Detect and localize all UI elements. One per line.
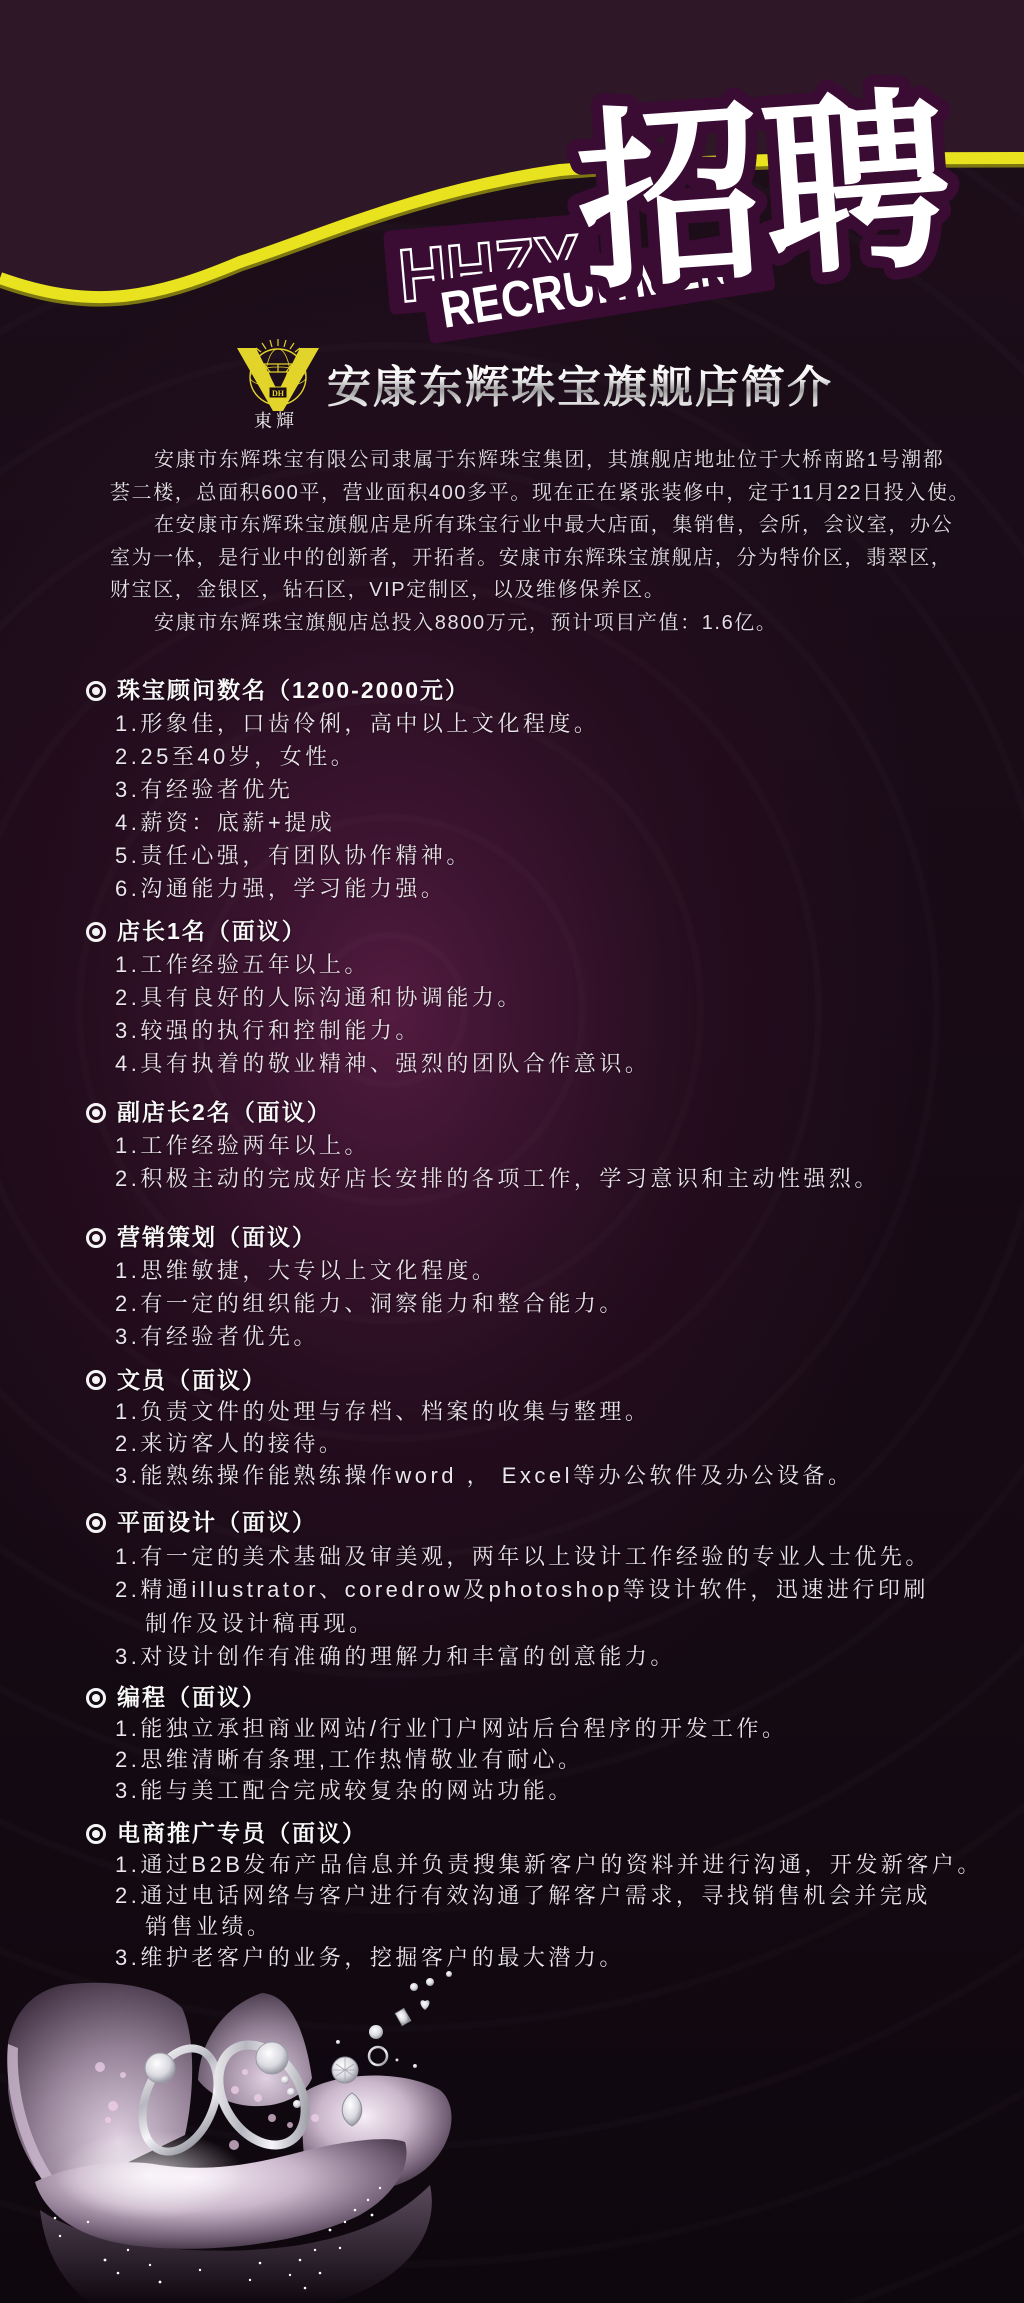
job-title: 文员（面议） xyxy=(80,1364,1000,1396)
requirement-item: 1.工作经验两年以上。 xyxy=(80,1129,1000,1162)
requirement-line-continued: 销售业绩。 xyxy=(80,1911,1000,1942)
requirement-item: 1.负责文件的处理与存档、档案的收集与整理。 xyxy=(80,1396,1000,1428)
job-title: 店长1名（面议） xyxy=(80,915,1000,948)
intro-line: 安康市东辉珠宝有限公司隶属于东辉珠宝集团，其旗舰店地址位于大桥南路1号潮都 xyxy=(110,444,1000,477)
heart-gem-icon xyxy=(420,2000,429,2010)
intro-line: 财宝区，金银区，钻石区，VIP定制区，以及维修保养区。 xyxy=(110,574,1000,607)
title-cn-block: 招聘 xyxy=(570,69,957,317)
ring-stone-icon xyxy=(256,2042,288,2074)
job-section-clerk: 文员（面议） 1.负责文件的处理与存档、档案的收集与整理。 2.来访客人的接待。… xyxy=(80,1364,1000,1492)
double-circle-icon xyxy=(86,1824,106,1844)
job-title-text: 珠宝顾问数名（1200-2000元） xyxy=(117,677,470,703)
requirement-item: 3.有经验者优先 xyxy=(80,773,1000,806)
job-title: 电商推广专员（面议） xyxy=(80,1818,1000,1849)
job-title-text: 平面设计（面议） xyxy=(117,1509,317,1535)
job-section-jewelry-consultant: 珠宝顾问数名（1200-2000元） 1.形象佳，口齿伶俐，高中以上文化程度。 … xyxy=(80,674,1000,905)
pendant-ring-icon xyxy=(369,2047,387,2065)
job-section-ecommerce-promoter: 电商推广专员（面议） 1.通过B2B发布产品信息并负责搜集新客户的资料并进行沟通… xyxy=(80,1818,1000,1973)
double-circle-icon xyxy=(86,1688,106,1708)
job-section-marketing-planner: 营销策划（面议） 1.思维敏捷，大专以上文化程度。 2.有一定的组织能力、洞察能… xyxy=(80,1221,1000,1353)
recruitment-banner: HHZY RECRUITMENT 招聘 xyxy=(0,0,1024,360)
requirement-item: 3.有经验者优先。 xyxy=(80,1320,1000,1353)
requirement-item: 1.工作经验五年以上。 xyxy=(80,948,1000,981)
requirement-item: 1.形象佳，口齿伶俐，高中以上文化程度。 xyxy=(80,707,1000,740)
job-title-text: 店长1名（面议） xyxy=(117,918,307,944)
job-title-text: 电商推广专员（面议） xyxy=(117,1820,367,1846)
v-emblem xyxy=(237,348,319,411)
job-title: 珠宝顾问数名（1200-2000元） xyxy=(80,674,1000,707)
requirement-item: 2.通过电话网络与客户进行有效沟通了解客户需求，寻找销售机会并完成 销售业绩。 xyxy=(80,1880,1000,1942)
intro-text: 安康市东辉珠宝有限公司隶属于东辉珠宝集团，其旗舰店地址位于大桥南路1号潮都 荟二… xyxy=(110,444,1000,639)
ring-stone-icon xyxy=(145,2053,175,2083)
intro-line: 在安康市东辉珠宝旗舰店是所有珠宝行业中最大店面，集销售，会所，会议室，办公 xyxy=(110,509,1000,542)
requirement-item: 4.具有执着的敬业精神、强烈的团队合作意识。 xyxy=(80,1047,1000,1080)
requirement-item: 6.沟通能力强，学习能力强。 xyxy=(80,872,1000,905)
intro-line: 荟二楼，总面积600平，营业面积400多平。现在正在紧张装修中，定于11月22日… xyxy=(110,477,1000,510)
job-section-store-manager: 店长1名（面议） 1.工作经验五年以上。 2.具有良好的人际沟通和协调能力。 3… xyxy=(80,915,1000,1080)
job-title-text: 副店长2名（面议） xyxy=(117,1099,332,1125)
job-section-deputy-manager: 副店长2名（面议） 1.工作经验两年以上。 2.积极主动的完成好店长安排的各项工… xyxy=(80,1096,1000,1195)
flower-pendant-icon xyxy=(369,2025,383,2039)
requirement-item: 1.有一定的美术基础及审美观，两年以上设计工作经验的专业人士优先。 xyxy=(80,1540,1000,1574)
intro-title: 安康东辉珠宝旗舰店简介 xyxy=(327,364,833,412)
requirement-item: 3.较强的执行和控制能力。 xyxy=(80,1014,1000,1047)
requirement-item: 1.通过B2B发布产品信息并负责搜集新客户的资料并进行沟通，开发新客户。 xyxy=(80,1849,1000,1880)
job-title: 平面设计（面议） xyxy=(80,1506,1000,1540)
emerald-cut-gem-icon xyxy=(395,2008,411,2025)
intro-line: 室为一体，是行业中的创新者，开拓者。安康市东辉珠宝旗舰店，分为特价区，翡翠区， xyxy=(110,542,1000,575)
jewelry-flower-illustration xyxy=(0,1960,520,2303)
requirement-line: 2.精通illustrator、coredrow及photoshop等设计软件，… xyxy=(80,1573,1000,1607)
requirement-item: 1.思维敏捷，大专以上文化程度。 xyxy=(80,1254,1000,1287)
requirement-item: 2.思维清晰有条理,工作热情敬业有耐心。 xyxy=(80,1744,1000,1775)
requirement-item: 1.能独立承担商业网站/行业门户网站后台程序的开发工作。 xyxy=(80,1713,1000,1744)
double-circle-icon xyxy=(86,1370,106,1390)
job-title: 副店长2名（面议） xyxy=(80,1096,1000,1129)
light-rays-icon xyxy=(256,339,300,352)
requirement-item: 2.有一定的组织能力、洞察能力和整合能力。 xyxy=(80,1287,1000,1320)
diamond-icon xyxy=(332,2057,358,2083)
requirement-item: 4.薪资：底薪+提成 xyxy=(80,806,1000,839)
requirement-line-continued: 制作及设计稿再现。 xyxy=(80,1607,1000,1641)
requirement-item: 3.对设计创作有准确的理解力和丰富的创意能力。 xyxy=(80,1640,1000,1674)
requirement-item: 3.能熟练操作能熟练操作word ， Excel等办公软件及办公设备。 xyxy=(80,1460,1000,1492)
requirement-item: 3.能与美工配合完成较复杂的网站功能。 xyxy=(80,1775,1000,1806)
requirement-item: 5.责任心强，有团队协作精神。 xyxy=(80,839,1000,872)
requirement-item: 2.积极主动的完成好店长安排的各项工作，学习意识和主动性强烈。 xyxy=(80,1162,1000,1195)
double-circle-icon xyxy=(86,681,106,701)
job-title: 编程（面议） xyxy=(80,1682,1000,1713)
requirement-item: 2.来访客人的接待。 xyxy=(80,1428,1000,1460)
title-cn: 招聘 xyxy=(570,69,957,317)
requirement-item: 2.精通illustrator、coredrow及photoshop等设计软件，… xyxy=(80,1573,1000,1640)
gem-trail xyxy=(336,1971,452,2068)
double-circle-icon xyxy=(86,922,106,942)
double-circle-icon xyxy=(86,1103,106,1123)
job-title-text: 编程（面议） xyxy=(117,1684,267,1710)
intro-line: 安康市东辉珠宝旗舰店总投入8800万元，预计项目产值：1.6亿。 xyxy=(110,607,1000,640)
logo-name: 東輝 xyxy=(254,411,298,431)
requirement-line: 2.通过电话网络与客户进行有效沟通了解客户需求，寻找销售机会并完成 xyxy=(80,1880,1000,1911)
double-circle-icon xyxy=(86,1228,106,1248)
job-title-text: 文员（面议） xyxy=(117,1367,267,1393)
job-title: 营销策划（面议） xyxy=(80,1221,1000,1254)
requirement-item: 2.25至40岁，女性。 xyxy=(80,740,1000,773)
double-circle-icon xyxy=(86,1513,106,1533)
job-title-text: 营销策划（面议） xyxy=(117,1224,317,1250)
logo-emblem-text: DH xyxy=(272,389,285,398)
job-section-programmer: 编程（面议） 1.能独立承担商业网站/行业门户网站后台程序的开发工作。 2.思维… xyxy=(80,1682,1000,1806)
requirement-item: 2.具有良好的人际沟通和协调能力。 xyxy=(80,981,1000,1014)
job-section-graphic-designer: 平面设计（面议） 1.有一定的美术基础及审美观，两年以上设计工作经验的专业人士优… xyxy=(80,1506,1000,1674)
